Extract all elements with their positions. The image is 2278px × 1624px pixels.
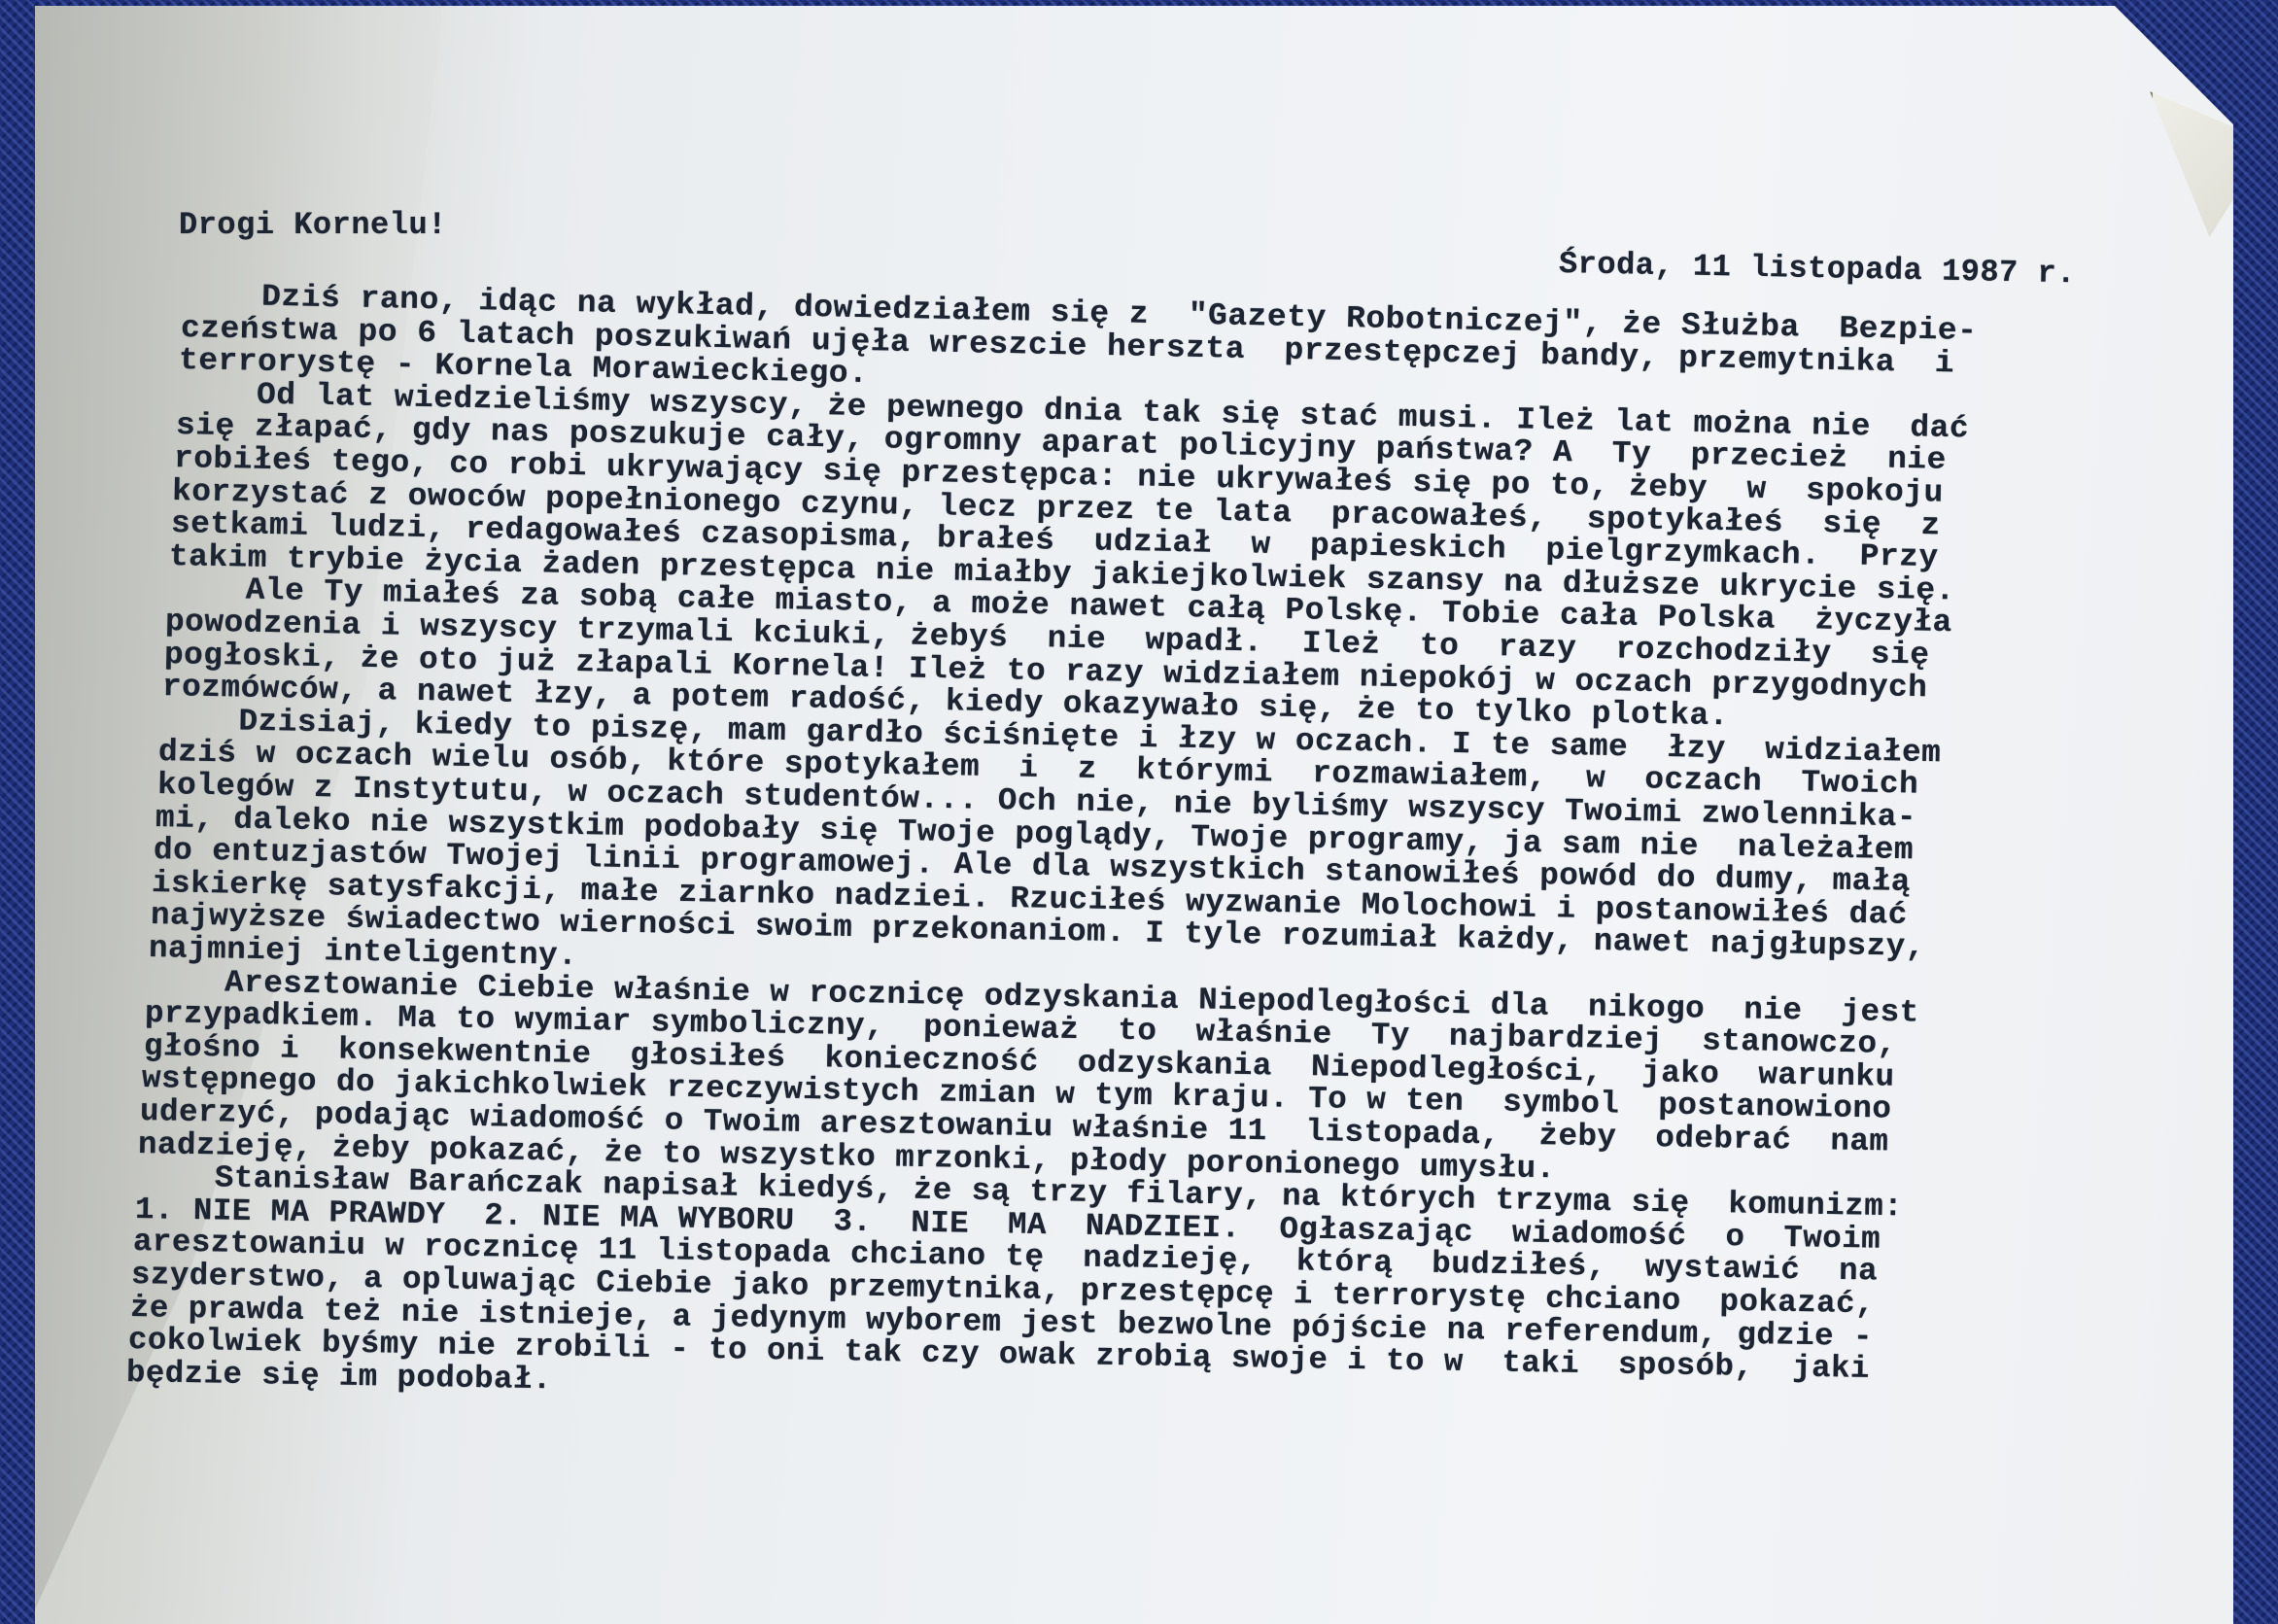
letter-paper: Drogi Kornelu! Środa, 11 listopada 1987 … <box>35 6 2233 1624</box>
greeting: Drogi Kornelu! <box>179 210 447 241</box>
typewritten-letter: Drogi Kornelu! Środa, 11 listopada 1987 … <box>35 6 2233 1624</box>
letter-date: Środa, 11 listopada 1987 r. <box>1559 249 2077 290</box>
letter-line: będzie się im podobał. <box>126 1358 552 1396</box>
